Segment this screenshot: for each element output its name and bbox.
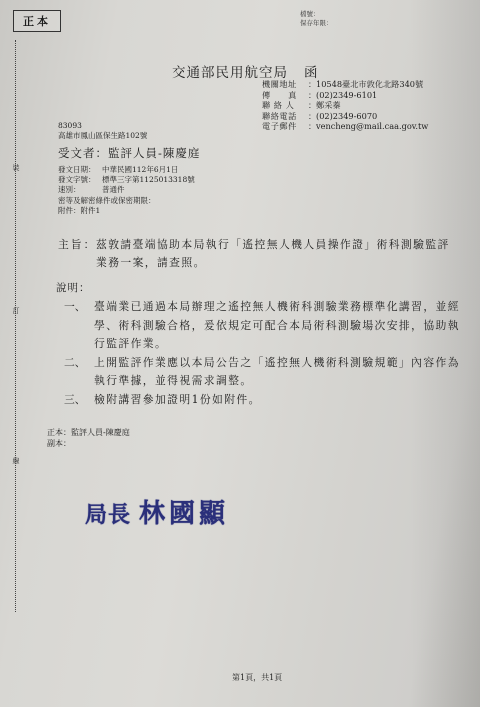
description-items: 一、 臺端業已通過本局辦理之遙控無人機術科測驗業務標準化講習，並經學、術科測驗合… [64, 298, 464, 409]
field-attachment: 附件：附件1 [58, 206, 195, 216]
description-label: 說明： [56, 280, 91, 295]
contact-fax: (02)2349-6101 [316, 90, 377, 101]
original-copy-stamp: 正本 [13, 10, 61, 32]
retention-label: 保存年限： [300, 19, 333, 28]
cc-recipient: 副本： [47, 438, 130, 449]
subject-text: 茲敦請臺端協助本局執行「遙控無人機人員操作證」術科測驗監評業務一案，請查照。 [96, 236, 458, 272]
subject-label: 主旨： [58, 236, 96, 254]
signatory-title: 局長 [85, 503, 131, 528]
document-fields: 發文日期：中華民國112年6月1日 發文字號：標準三字第1125013318號 … [58, 165, 195, 216]
contact-address: 10548臺北市敦化北路340號 [316, 79, 423, 90]
file-number-label: 檔號： [300, 10, 333, 19]
contact-phone: (02)2349-6070 [316, 111, 377, 122]
contact-block: 機關地址：10548臺北市敦化北路340號 傳 真：(02)2349-6101 … [262, 79, 428, 132]
recipient-label: 受文者： [58, 146, 108, 160]
contact-row-person: 聯 絡 人：鄭采蓁 [262, 100, 428, 111]
page-number: 第1頁，共1頁 [232, 672, 282, 683]
subject-section: 主旨： 茲敦請臺端協助本局執行「遙控無人機人員操作證」術科測驗監評業務一案，請查… [58, 236, 458, 272]
contact-row-address: 機關地址：10548臺北市敦化北路340號 [262, 79, 428, 90]
recipient-line: 受文者：監評人員-陳慶庭 [58, 145, 200, 161]
field-doc-number: 發文字號：標準三字第1125013318號 [58, 175, 195, 185]
field-date: 發文日期：中華民國112年6月1日 [58, 165, 195, 175]
file-meta: 檔號： 保存年限： [300, 10, 333, 28]
binding-char-ding: 訂 [11, 306, 21, 316]
contact-row-fax: 傳 真：(02)2349-6101 [262, 90, 428, 101]
contact-row-phone: 聯絡電話：(02)2349-6070 [262, 111, 428, 122]
distribution-list: 正本：監評人員-陳慶庭 副本： [47, 427, 130, 449]
contact-person: 鄭采蓁 [316, 100, 341, 111]
field-speed: 速別：普通件 [58, 185, 195, 195]
original-recipient: 正本：監評人員-陳慶庭 [47, 427, 130, 438]
contact-row-email: 電子郵件：vencheng@mail.caa.gov.tw [262, 121, 428, 132]
description-item-1: 一、 臺端業已通過本局辦理之遙控無人機術科測驗業務標準化講習，並經學、術科測驗合… [64, 298, 464, 354]
letter-heading: 交通部民用航空局函 [172, 61, 319, 81]
director-signature-stamp: 局長林國顯 [85, 493, 229, 530]
field-classification: 密等及解密條件或保密期限： [58, 196, 195, 206]
signatory-name: 林國顯 [139, 499, 229, 529]
description-item-2: 二、 上開監評作業應以本局公告之「遙控無人機術科測驗規範」內容作為執行準據，並得… [64, 354, 464, 391]
official-letter-page: 正本 裝 訂 線 檔號： 保存年限： 交通部民用航空局函 機關地址：10548臺… [0, 0, 480, 707]
recipient-name: 監評人員-陳慶庭 [108, 146, 200, 160]
postal-code: 83093 [58, 121, 147, 131]
binding-dotted-line [15, 40, 16, 612]
street-address: 高雄市鳳山區保生路102號 [58, 131, 147, 141]
recipient-address: 83093 高雄市鳳山區保生路102號 [58, 121, 147, 141]
binding-char-zhuang: 裝 [11, 163, 21, 173]
description-item-3: 三、 檢附講習參加證明1份如附件。 [64, 391, 464, 410]
binding-char-xian: 線 [11, 456, 21, 466]
contact-email: vencheng@mail.caa.gov.tw [316, 121, 428, 132]
